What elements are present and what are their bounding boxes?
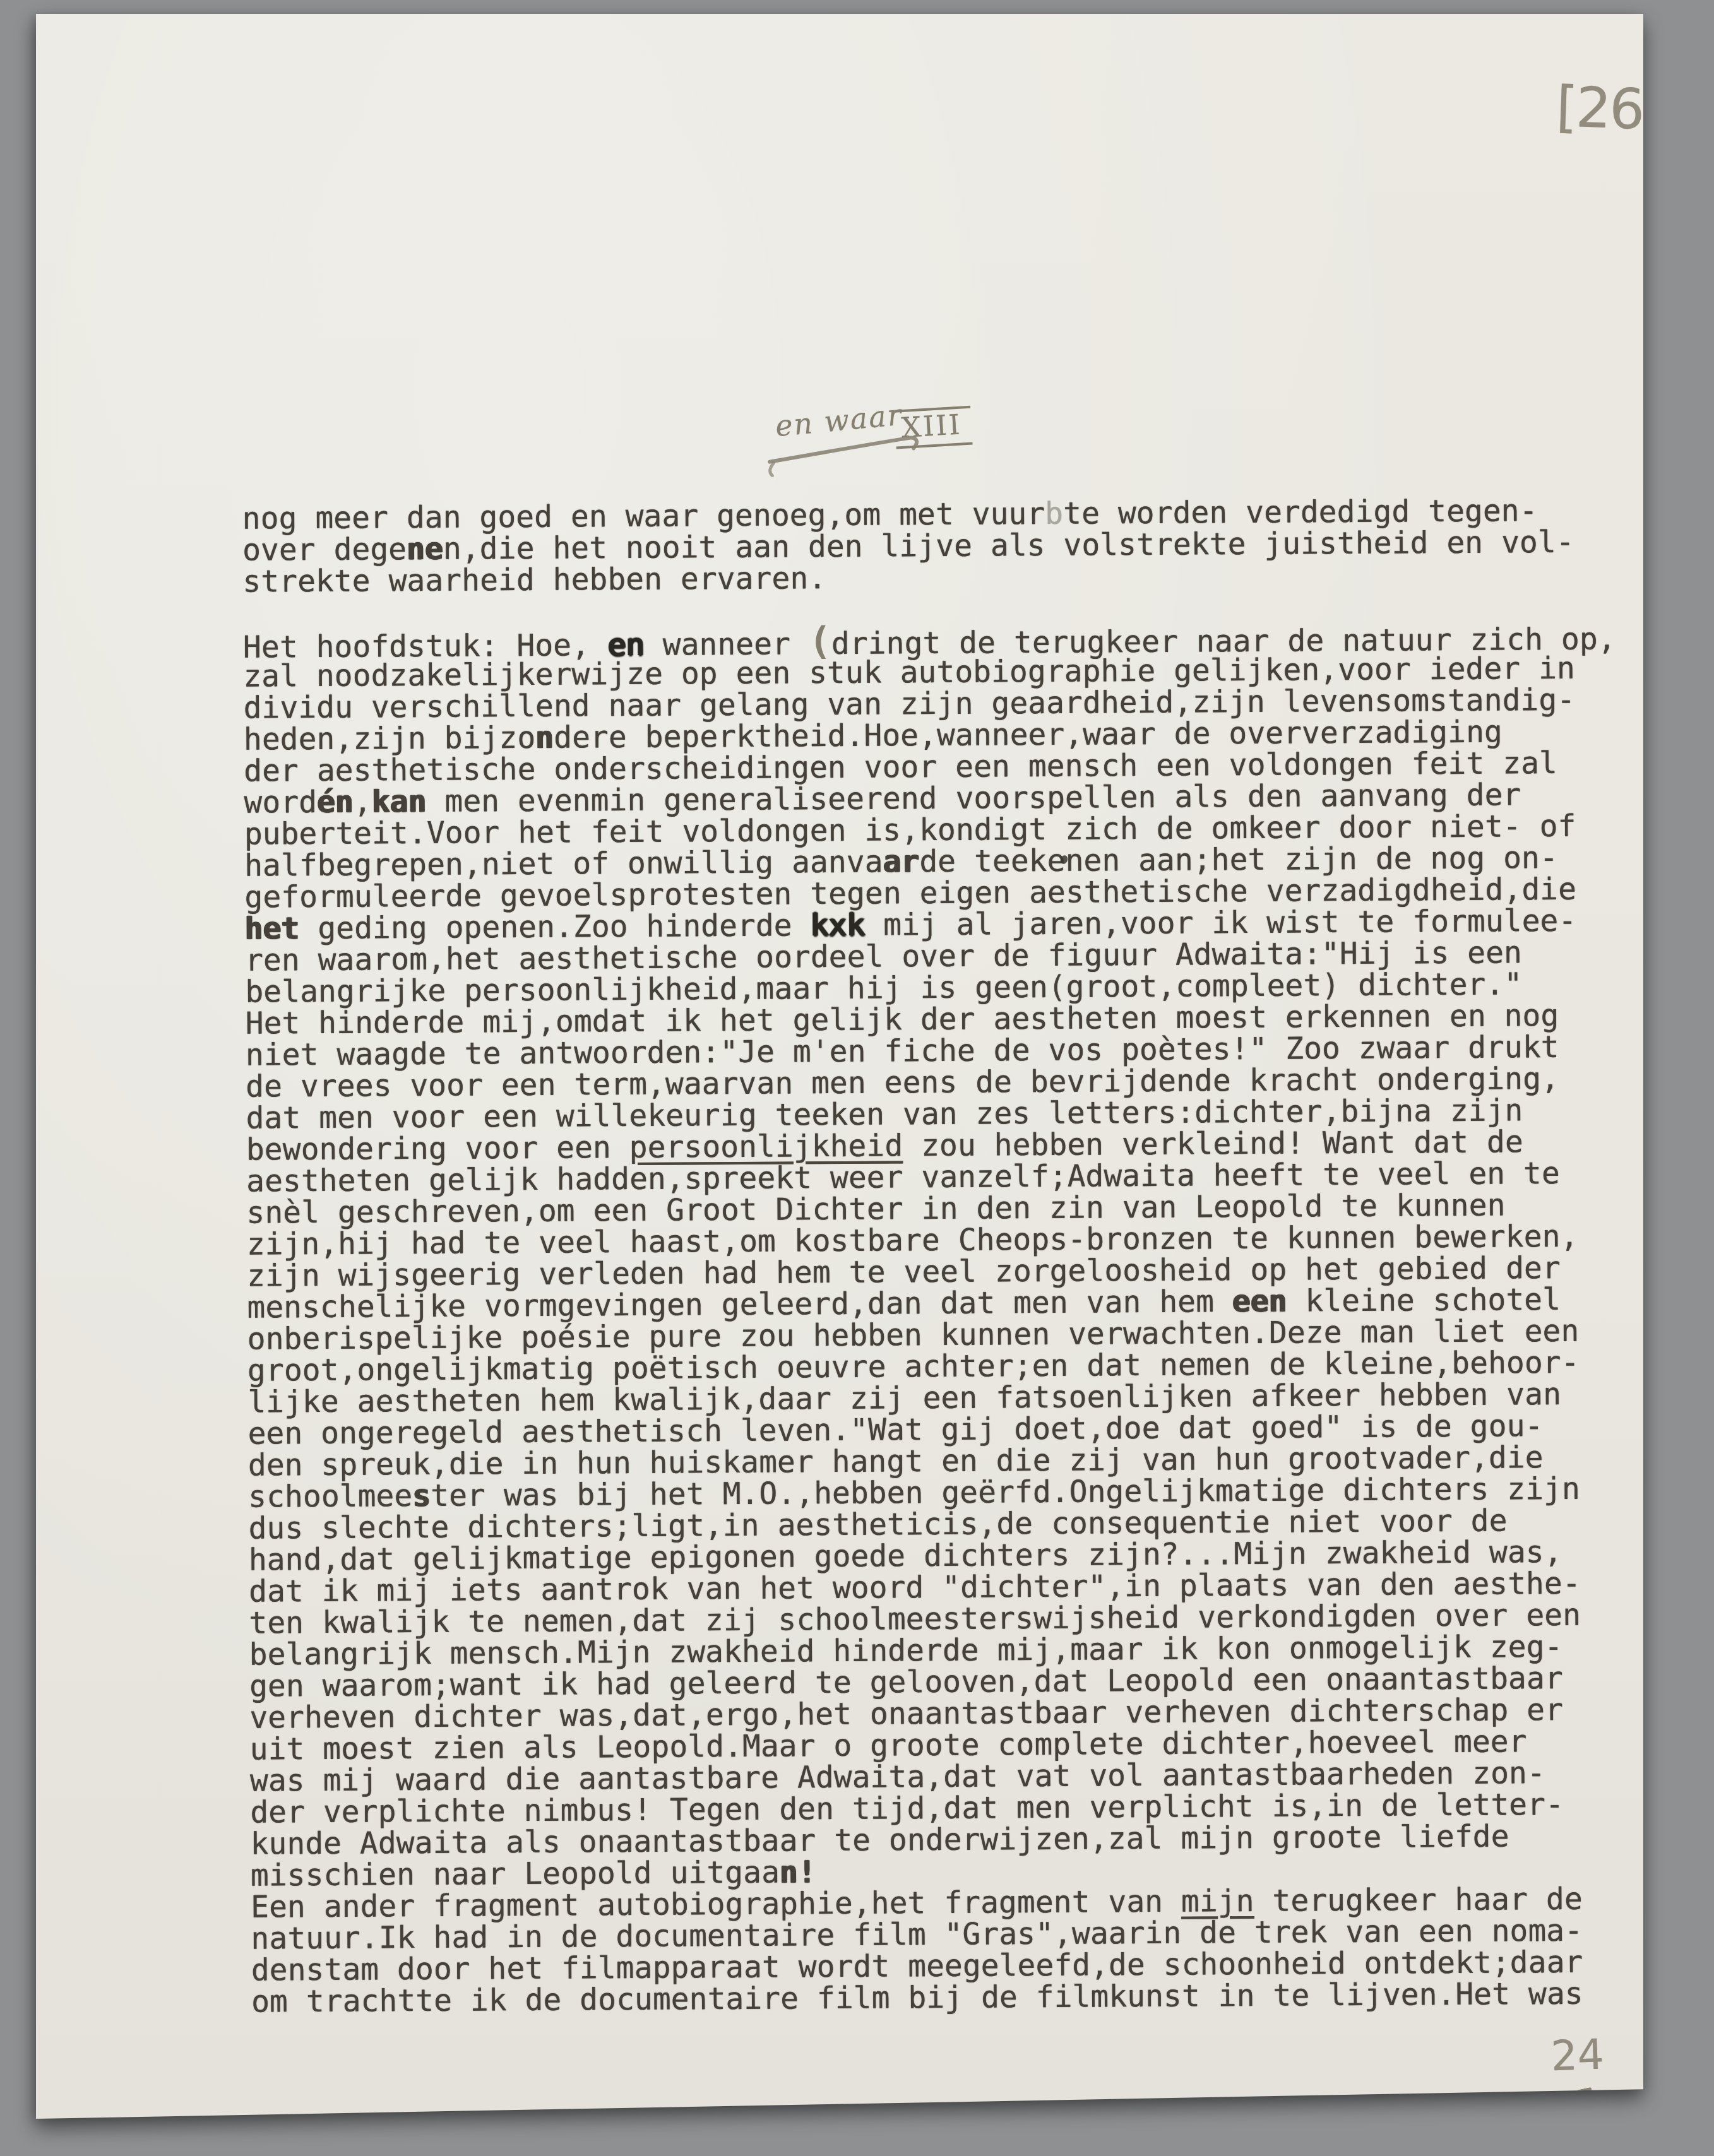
typed-segment: om trachtte ik de documentaire film bij … [251,1976,1583,2020]
typed-text: en waar XIII nog meer dan goed en waar g… [241,305,1653,2018]
typed-segment: word [244,785,317,820]
typed-segment-o: én [317,785,354,820]
typed-segment-o: ar [883,844,919,879]
typed-segment-o: kan [372,784,427,820]
typed-segment-o: ne [407,531,443,567]
typed-line: om trachtte ik de documentaire film bij … [251,1977,1653,2018]
typed-segment: , [354,785,372,820]
pencil-dash [1565,2087,1592,2097]
page-number-pencil-top: [26] [1555,74,1663,143]
typed-segment: schoolmee [248,1478,412,1515]
typed-line: over degenen,die het nooit aan den lijve… [242,526,1644,566]
typed-segment-o: het [245,911,300,947]
typed-segment: strekte waarheid hebben ervaren. [242,560,826,600]
page-number-bottom-value: 24 [1550,2030,1605,2081]
typed-segment: n,die het nooit aan den lijve als volstr… [443,524,1574,567]
handwritten-chapter-numeral: XIII [894,406,973,449]
paragraph: nog meer dan goed en waar genoeg,om met … [242,494,1645,598]
typed-segment: over dege [242,531,407,568]
paragraph: Het hoofdstuk: Hoe, en wanneer (dringt d… [243,620,1653,2018]
scan-background: { "markers": { "top_page_number": "[26]"… [0,0,1714,2156]
typed-segment-u: mijn [1181,1883,1254,1919]
typed-line: kunde Adwaita als onaantastbaar te onder… [250,1820,1652,1860]
typed-segment-o: een [1232,1284,1287,1320]
typed-segment-o: n! [780,1854,816,1890]
handwritten-insertion: en waar [774,399,903,442]
paper: [26] en waar XIII nog meer dan goed en w… [36,14,1643,2119]
typed-segment-o: n [535,720,554,755]
paper-shadow-wrap: [26] en waar XIII nog meer dan goed en w… [36,14,1643,2119]
typed-segment-g: b [1045,496,1063,531]
page-number-pencil-bottom: 24 [1550,2030,1605,2095]
typed-segment-b: kxk [810,908,865,944]
typed-segment-o: s [412,1478,431,1513]
